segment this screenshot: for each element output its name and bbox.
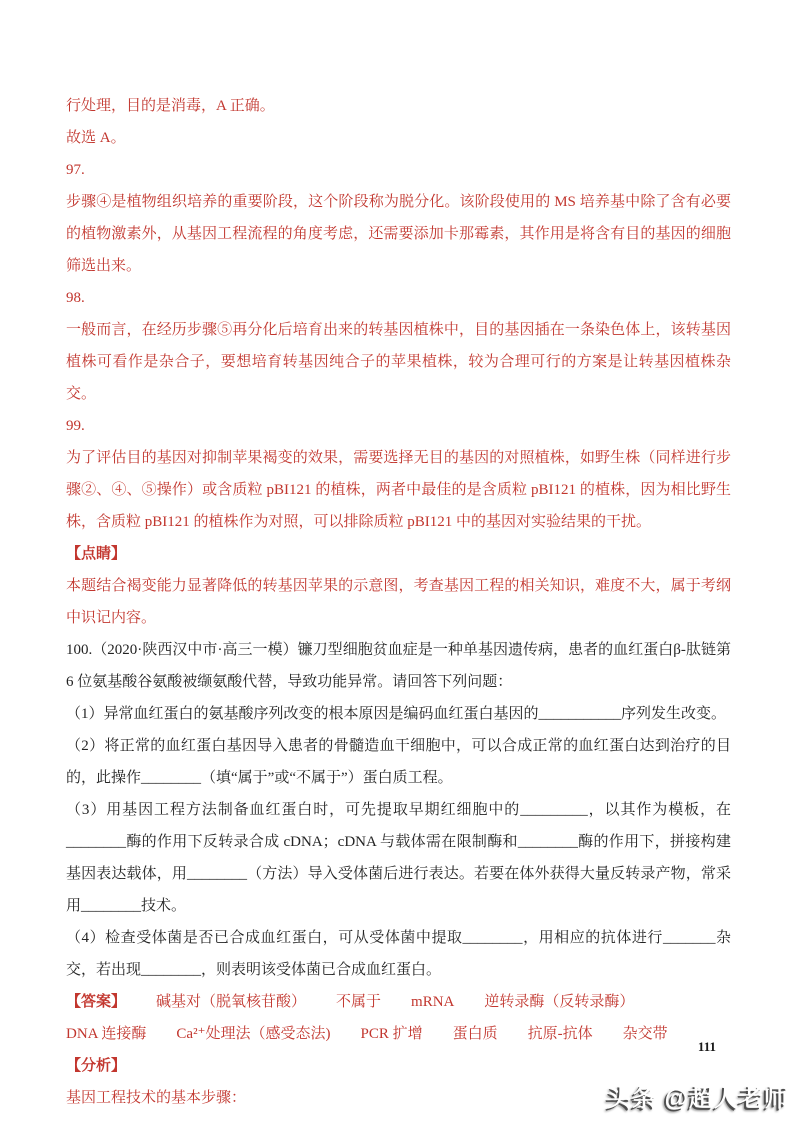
answer-item: 蛋白质 xyxy=(453,1018,498,1050)
question-97-number: 97. xyxy=(66,154,731,186)
answer-item: Ca²⁺处理法（感受态法) xyxy=(176,1018,330,1050)
page-number: 111 xyxy=(698,1039,716,1055)
answer-item: 逆转录酶（反转录酶） xyxy=(484,986,634,1018)
answer-item: mRNA xyxy=(411,986,454,1018)
document-page: 行处理，目的是消毒，A 正确。 故选 A。 97. 步骤④是植物组织培养的重要阶… xyxy=(0,0,794,1123)
question-100-part-1: （1）异常血红蛋白的氨基酸序列改变的根本原因是编码血红蛋白基因的________… xyxy=(66,698,731,730)
question-100-stem: 100.（2020·陕西汉中市·高三一模）镰刀型细胞贫血症是一种单基因遗传病，患… xyxy=(66,634,731,698)
question-100-part-4: （4）检查受体菌是否已合成血红蛋白，可从受体菌中提取________，用相应的抗… xyxy=(66,922,731,986)
answer-item: DNA 连接酶 xyxy=(66,1018,146,1050)
answer-label: 【答案】 xyxy=(66,986,126,1018)
answer-item: 杂交带 xyxy=(623,1018,668,1050)
answer-item: 不属于 xyxy=(336,986,381,1018)
question-98-number: 98. xyxy=(66,282,731,314)
question-97-explanation: 步骤④是植物组织培养的重要阶段，这个阶段称为脱分化。该阶段使用的 MS 培养基中… xyxy=(66,186,731,282)
question-100-part-3: （3）用基因工程方法制备血红蛋白时，可先提取早期红细胞中的_________，以… xyxy=(66,794,731,922)
answer-item: 碱基对（脱氧核苷酸） xyxy=(156,986,306,1018)
question-100-part-2: （2）将正常的血红蛋白基因导入患者的骨髓造血干细胞中，可以合成正常的血红蛋白达到… xyxy=(66,730,731,794)
document-body: 行处理，目的是消毒，A 正确。 故选 A。 97. 步骤④是植物组织培养的重要阶… xyxy=(66,90,731,1114)
answer-line: 【答案】碱基对（脱氧核苷酸）不属于mRNA逆转录酶（反转录酶）DNA 连接酶Ca… xyxy=(66,986,731,1050)
spotlight-text: 本题结合褐变能力显著降低的转基因苹果的示意图，考查基因工程的相关知识，难度不大，… xyxy=(66,570,731,634)
watermark: 头条 @超人老师 xyxy=(607,1078,789,1113)
spotlight-label: 【点睛】 xyxy=(66,538,731,570)
explanation-continuation-line: 行处理，目的是消毒，A 正确。 xyxy=(66,90,731,122)
answer-item: 抗原-抗体 xyxy=(528,1018,593,1050)
question-99-number: 99. xyxy=(66,410,731,442)
conclusion-line: 故选 A。 xyxy=(66,122,731,154)
answer-item: PCR 扩增 xyxy=(361,1018,423,1050)
question-98-explanation: 一般而言，在经历步骤⑤再分化后培育出来的转基因植株中，目的基因插在一条染色体上，… xyxy=(66,314,731,410)
question-99-explanation: 为了评估目的基因对抑制苹果褐变的效果，需要选择无目的基因的对照植株，如野生株（同… xyxy=(66,442,731,538)
